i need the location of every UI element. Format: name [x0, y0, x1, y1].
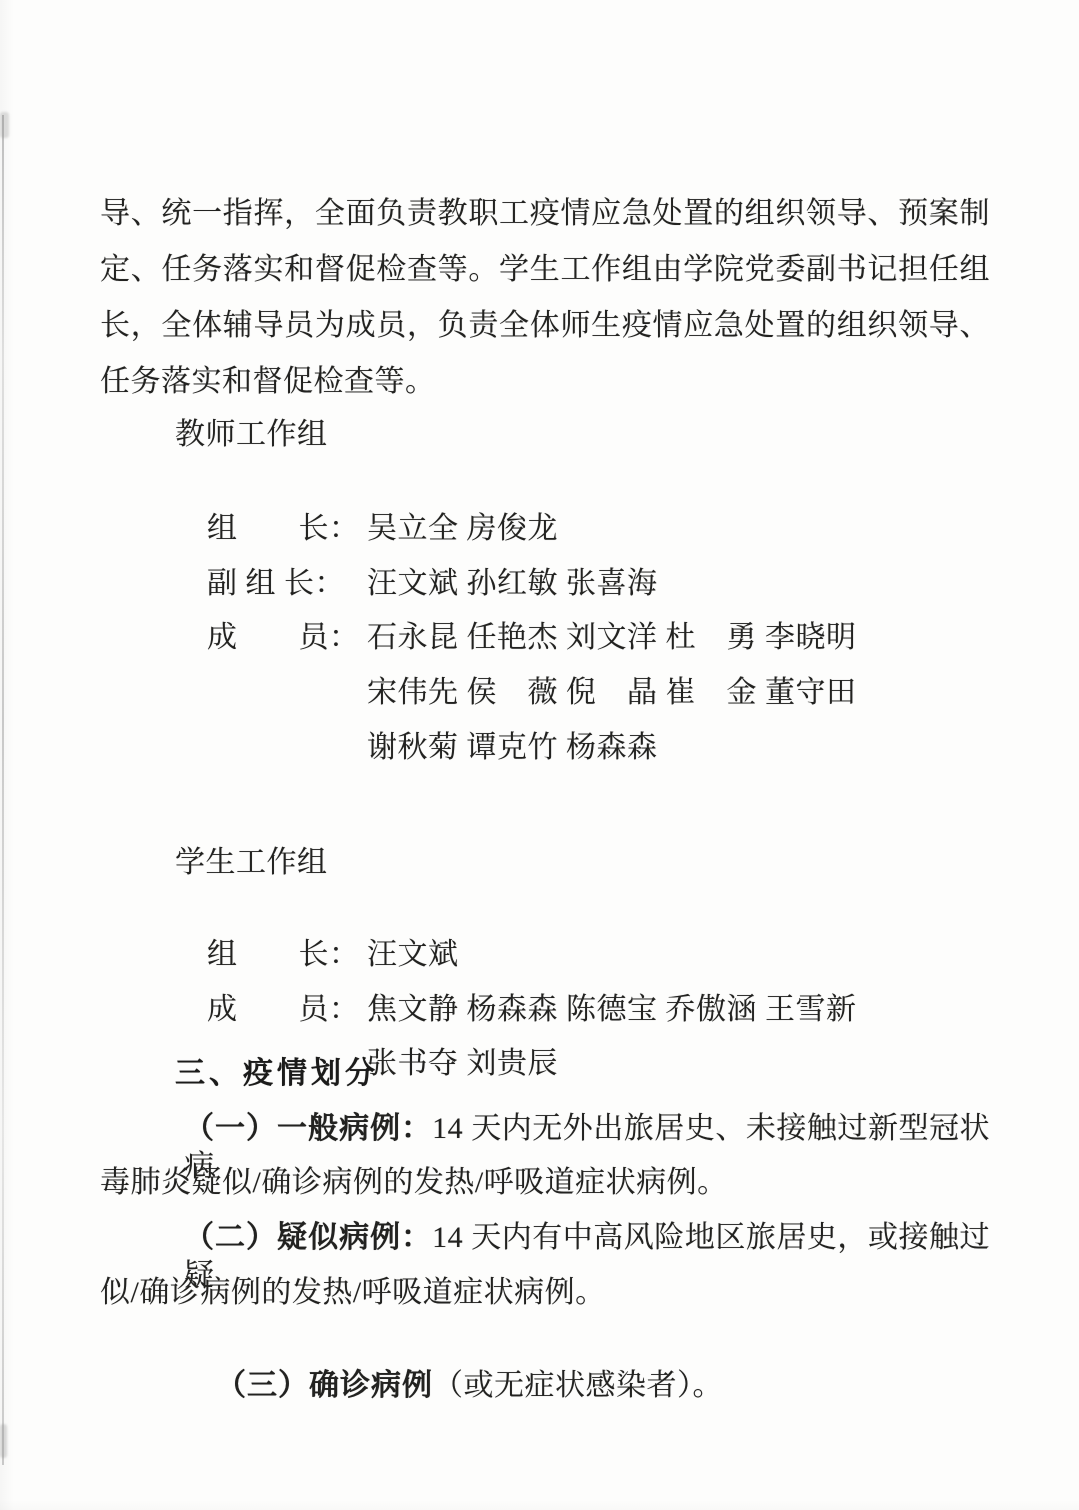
- scan-artifact-top-left-smudge: [0, 112, 9, 138]
- row-value-member-names: 谢秋菊 谭克竹 杨森森: [367, 731, 658, 764]
- intro-paragraph-line-2: 定、任务落实和督促检查等。学生工作组由学院党委副书记担任组: [100, 251, 990, 289]
- case-item-lead: （二）疑似病例：: [184, 1221, 432, 1254]
- intro-paragraph-line-4: 任务落实和督促检查等。: [100, 363, 436, 401]
- case-item-text: （或无症状感染者）。: [433, 1369, 723, 1402]
- scan-artifact-bottom-left-smudge: [0, 1424, 7, 1458]
- intro-paragraph-line-3: 长，全体辅导员为成员，负责全体师生疫情应急处置的组织领导、: [100, 307, 990, 345]
- row-value-member-names: 张书夺 刘贵辰: [367, 1047, 558, 1080]
- case-item-general-continuation: 毒肺炎疑似/确诊病例的发热/呼吸道症状病例。: [100, 1164, 728, 1202]
- case-item-suspected-continuation: 似/确诊病例的发热/呼吸道症状病例。: [100, 1274, 606, 1312]
- intro-paragraph-line-1: 导、统一指挥，全面负责教职工疫情应急处置的组织领导、预案制: [100, 195, 990, 233]
- section-heading-epidemic-classification: 三、疫情划分: [175, 1055, 379, 1093]
- scanned-document-page: 导、统一指挥，全面负责教职工疫情应急处置的组织领导、预案制 定、任务落实和督促检…: [0, 0, 1079, 1510]
- student-group-title: 学生工作组: [175, 844, 328, 882]
- case-item-lead: （三）确诊病例: [216, 1369, 433, 1402]
- case-item-confirmed: （三）确诊病例（或无症状感染者）。: [184, 1329, 723, 1443]
- scan-artifact-left-edge-line: [2, 115, 4, 1465]
- case-item-lead: （一）一般病例：: [184, 1112, 432, 1145]
- teacher-group-row: 谢秋菊 谭克竹 杨森森: [175, 691, 658, 805]
- teacher-group-title: 教师工作组: [175, 416, 328, 454]
